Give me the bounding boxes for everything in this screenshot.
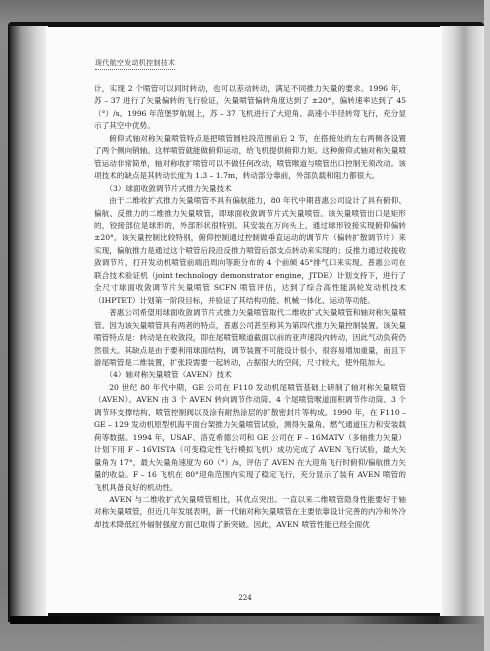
page-number: 224: [0, 594, 490, 602]
section-heading: （3）球面收敛调节片式推力矢量技术: [94, 183, 406, 195]
right-margin-strip: [484, 0, 490, 651]
section-heading: （4）轴对称矢量喷管（AVEN）技术: [94, 369, 406, 381]
paragraph-continuation: 计，实现 2 个喷管可以同时转动，也可以差动转动，满足不同推力矢量的要求。199…: [94, 83, 406, 133]
page-gutter-shadow-left: [10, 26, 48, 616]
paragraph: 俯仰式轴对称矢量喷管特点是把喷管圆柱段范围前后 2 节，在搭接处的左右两侧各设置…: [94, 133, 406, 183]
paragraph: 20 世纪 80 年代中期，GE 公司在 F110 发动机尾喷管基础上研制了轴对…: [94, 382, 406, 494]
running-header: 现代航空发动机控制技术: [95, 58, 175, 70]
paragraph: AVEN 与二维收扩式矢量喷管相比，其优点突出。一直以来二维喷管隐身性能要好于轴…: [94, 494, 406, 531]
page-gutter-shadow-right: [440, 26, 484, 616]
paragraph: 普惠公司希望用球面收敛调节片式推力矢量喷管取代二维收扩式矢量喷管和轴对称矢量喷管…: [94, 307, 406, 369]
scanner-bottom-edge: [10, 616, 484, 624]
paragraph: 由于二维收扩式推力矢量喷管不具有偏航能力，80 年代中期普惠公司设计了具有俯仰、…: [94, 195, 406, 307]
body-text: 计，实现 2 个喷管可以同时转动，也可以差动转动，满足不同推力矢量的要求。199…: [94, 83, 406, 531]
